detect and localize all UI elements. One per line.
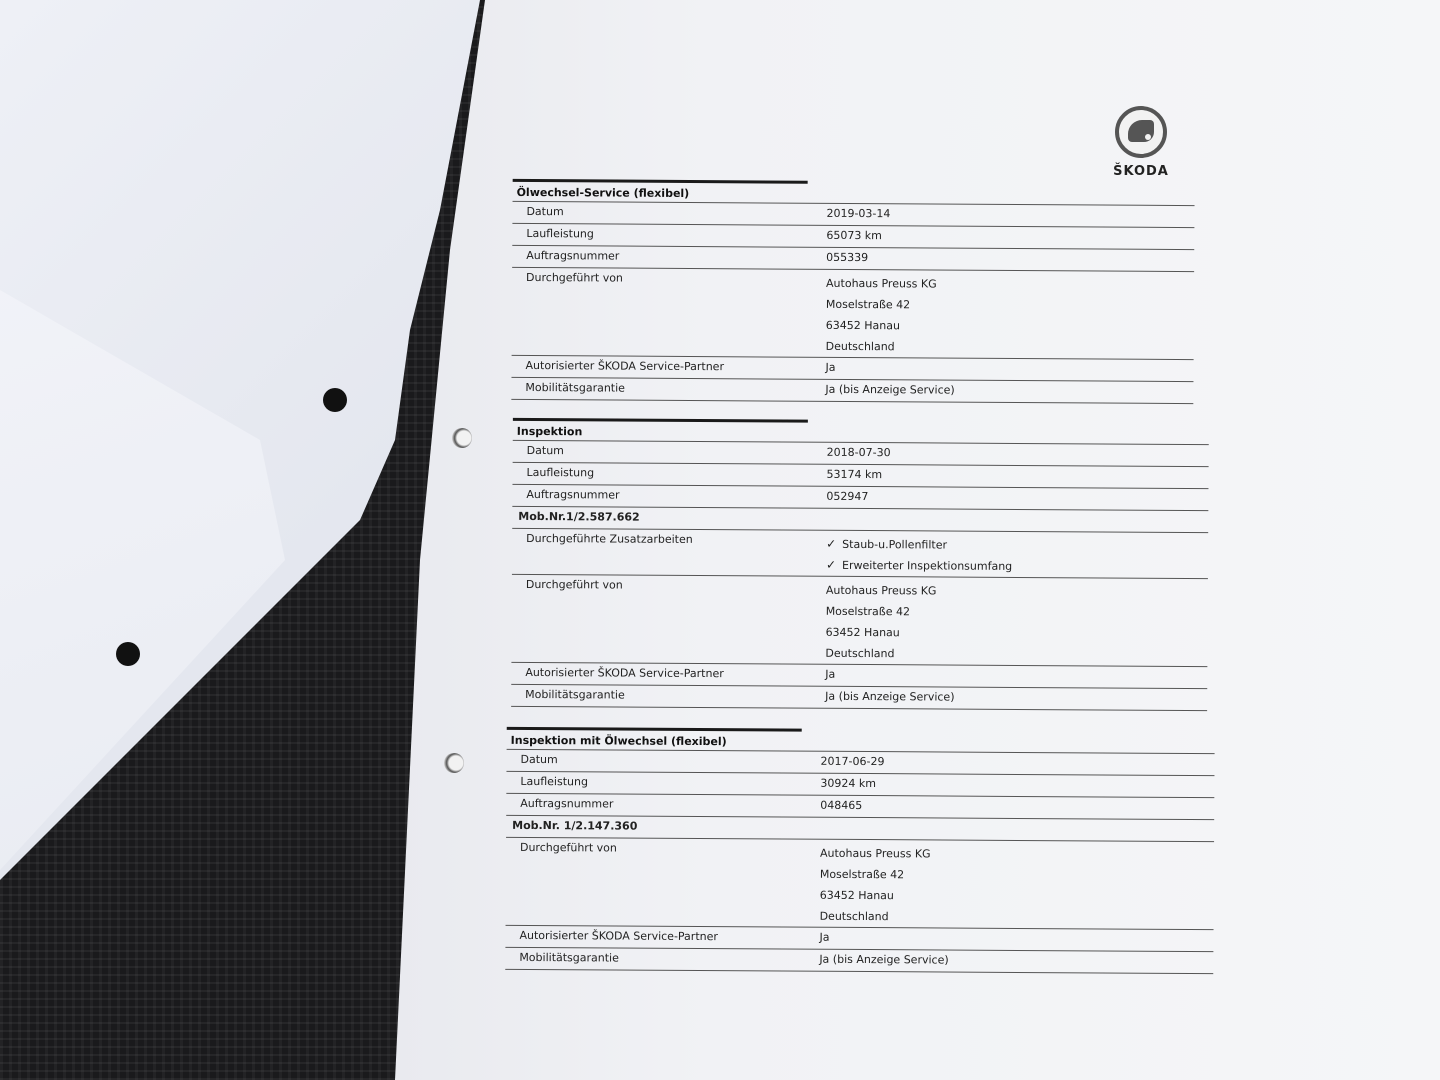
- row-label: Datum: [512, 202, 826, 220]
- row-value: 2017-06-29: [821, 752, 885, 768]
- row-value: 53174 km: [827, 465, 883, 481]
- row-value: Ja: [825, 358, 835, 374]
- section-inspection: InspektionDatum2018-07-30Laufleistung531…: [511, 418, 1209, 711]
- punch-hole: [452, 428, 472, 448]
- address-line: 63452 Hanau: [820, 885, 931, 907]
- row-value: 2018-07-30: [827, 443, 891, 459]
- address-line: 63452 Hanau: [826, 315, 937, 337]
- punch-hole: [444, 753, 464, 773]
- row-label: Auftragsnummer: [512, 246, 826, 264]
- table-row: Durchgeführt vonAutohaus Preuss KGMosels…: [506, 837, 1215, 929]
- skoda-winged-arrow-icon: [1115, 106, 1167, 158]
- row-value: Ja: [819, 928, 829, 944]
- row-value: Ja (bis Anzeige Service): [825, 380, 954, 397]
- row-label: Mobilitätsgarantie: [505, 948, 819, 966]
- address-line: 63452 Hanau: [826, 622, 937, 644]
- address-line: Autohaus Preuss KG: [820, 843, 931, 865]
- row-label: Auftragsnummer: [506, 794, 820, 812]
- table-row: Durchgeführt vonAutohaus Preuss KGMosels…: [511, 574, 1208, 666]
- row-label: Durchgeführt von: [512, 268, 826, 286]
- section-inspection-oil: Inspektion mit Ölwechsel (flexibel)Datum…: [505, 727, 1214, 974]
- row-label: Laufleistung: [512, 224, 826, 242]
- checkmark-icon: ✓: [826, 558, 836, 572]
- row-label: Datum: [513, 441, 827, 459]
- row-label: Laufleistung: [506, 772, 820, 790]
- row-label: Mob.Nr. 1/2.147.360: [506, 816, 812, 834]
- row-value: Ja (bis Anzeige Service): [819, 950, 948, 967]
- address-line: Deutschland: [826, 336, 937, 358]
- row-label: Auftragsnummer: [512, 485, 826, 503]
- address-line: Deutschland: [820, 906, 931, 928]
- row-value: Ja: [825, 665, 835, 681]
- row-value: 65073 km: [826, 226, 882, 242]
- row-label: Mob.Nr.1/2.587.662: [512, 507, 818, 525]
- table-row: MobilitätsgarantieJa (bis Anzeige Servic…: [511, 684, 1207, 710]
- section-oil-service: Ölwechsel-Service (flexibel)Datum2019-03…: [511, 179, 1194, 404]
- row-label: Autorisierter ŠKODA Service-Partner: [511, 663, 825, 681]
- additional-work-item: Staub-u.Pollenfilter: [842, 538, 947, 552]
- table-row: MobilitätsgarantieJa (bis Anzeige Servic…: [511, 377, 1193, 403]
- address-line: Moselstraße 42: [826, 601, 937, 623]
- row-label: Autorisierter ŠKODA Service-Partner: [505, 926, 819, 944]
- address-line: Autohaus Preuss KG: [826, 580, 937, 602]
- table-row: MobilitätsgarantieJa (bis Anzeige Servic…: [505, 947, 1213, 973]
- address-line: Moselstraße 42: [826, 294, 937, 316]
- skoda-logo: ŠKODA: [1106, 106, 1176, 179]
- brand-name: ŠKODA: [1106, 164, 1176, 179]
- row-value: 055339: [826, 248, 868, 264]
- row-value: 048465: [820, 796, 862, 812]
- table-row: Durchgeführte Zusatzarbeiten✓Staub-u.Pol…: [512, 528, 1208, 578]
- row-value: Ja (bis Anzeige Service): [825, 687, 954, 704]
- address-line: Moselstraße 42: [820, 864, 931, 886]
- row-label: Durchgeführt von: [506, 838, 820, 856]
- row-label: Durchgeführte Zusatzarbeiten: [512, 529, 826, 547]
- row-label: Laufleistung: [513, 463, 827, 481]
- address-line: Deutschland: [825, 643, 936, 665]
- row-label: Mobilitätsgarantie: [511, 378, 825, 396]
- row-label: Autorisierter ŠKODA Service-Partner: [512, 356, 826, 374]
- row-value: 30924 km: [820, 774, 876, 790]
- row-label: Mobilitätsgarantie: [511, 685, 825, 703]
- punch-hole: [116, 642, 140, 666]
- checkmark-icon: ✓: [826, 537, 836, 551]
- punch-hole: [323, 388, 347, 412]
- address-line: Autohaus Preuss KG: [826, 273, 937, 295]
- row-value: 052947: [826, 487, 868, 503]
- table-row: Durchgeführt vonAutohaus Preuss KGMosels…: [512, 267, 1195, 359]
- row-label: Datum: [507, 750, 821, 768]
- row-value: 2019-03-14: [826, 204, 890, 220]
- additional-work-item: Erweiterter Inspektionsumfang: [842, 559, 1012, 573]
- row-label: Durchgeführt von: [512, 575, 826, 593]
